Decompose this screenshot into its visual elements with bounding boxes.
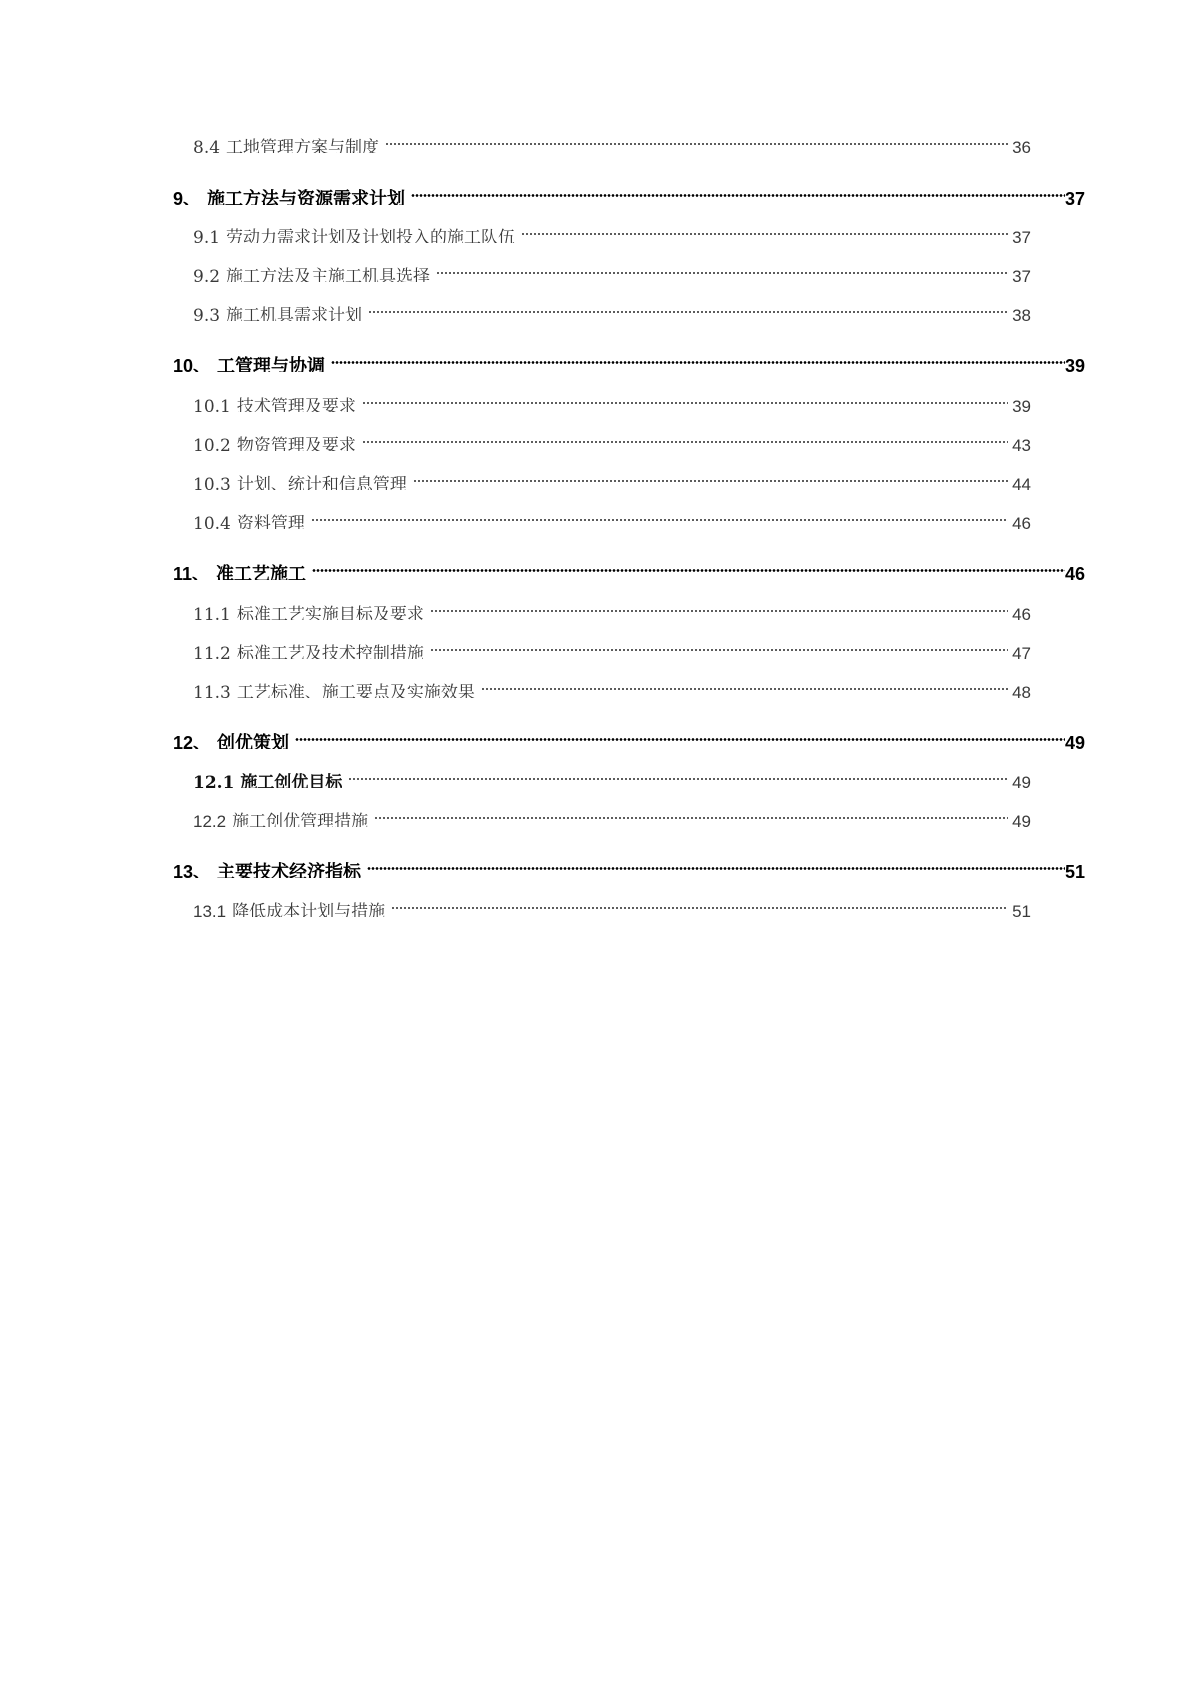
dot-leader	[311, 499, 1008, 529]
toc-heading-number: 10、	[173, 351, 211, 372]
toc-entry-page: 47	[1012, 639, 1031, 659]
dot-leader	[348, 758, 1008, 788]
dot-leader	[413, 460, 1008, 490]
toc-entry-page: 37	[1012, 223, 1031, 243]
toc-entry-10-1[interactable]: 10.1 技术管理及要求 39	[193, 382, 1031, 412]
document-page: 8.4 工地管理方案与制度 36 9、 施工方法与资源需求计划 37 9.1 劳…	[0, 0, 1200, 1693]
toc-entry-number: 10.2	[193, 431, 231, 451]
dot-leader	[391, 887, 1008, 917]
toc-entry-title: 施工机具需求计划	[226, 301, 362, 321]
toc-entry-10-3[interactable]: 10.3 计划、统计和信息管理 44	[193, 460, 1031, 490]
toc-entry-9-2[interactable]: 9.2 施工方法及主施工机具选择 37	[193, 252, 1031, 282]
toc-entry-page: 44	[1012, 470, 1031, 490]
toc-heading-title: 施工方法与资源需求计划	[207, 184, 405, 205]
toc-entry-9-3[interactable]: 9.3 施工机具需求计划 38	[193, 291, 1031, 321]
dot-leader	[430, 590, 1008, 620]
toc-heading-13[interactable]: 13、 主要技术经济指标 51	[173, 848, 1085, 878]
toc-heading-10[interactable]: 10、 工管理与协调 39	[173, 342, 1085, 372]
toc-entry-title: 工地管理方案与制度	[226, 133, 379, 153]
toc-heading-title: 准工艺施工	[216, 559, 306, 580]
toc-heading-number: 9、	[173, 184, 201, 205]
toc-entry-12-2[interactable]: 12.2 施工创优管理措施 49	[193, 797, 1031, 827]
toc-entry-number: 11.3	[193, 678, 231, 698]
toc-entry-number: 13.1	[193, 897, 226, 917]
toc-entry-title: 技术管理及要求	[237, 392, 356, 412]
toc-entry-title: 标准工艺实施目标及要求	[237, 600, 424, 620]
toc-heading-title: 创优策划	[217, 728, 289, 749]
toc-heading-page: 37	[1065, 184, 1085, 205]
toc-entry-11-2[interactable]: 11.2 标准工艺及技术控制措施 47	[193, 629, 1031, 659]
toc-entry-title: 资料管理	[237, 509, 305, 529]
toc-entry-page: 37	[1012, 262, 1031, 282]
toc-entry-number: 10.3	[193, 470, 231, 490]
toc-heading-title: 主要技术经济指标	[217, 857, 361, 878]
dot-leader	[385, 123, 1008, 153]
dot-leader	[374, 797, 1008, 827]
toc-entry-page: 51	[1012, 897, 1031, 917]
toc-heading-page: 46	[1065, 559, 1085, 580]
toc-entry-page: 38	[1012, 301, 1031, 321]
toc-entry-title: 标准工艺及技术控制措施	[237, 639, 424, 659]
dot-leader	[362, 421, 1008, 451]
toc-entry-number: 11.2	[193, 639, 231, 659]
toc-entry-title: 劳动力需求计划及计划投入的施工队伍	[226, 223, 515, 243]
toc-entry-12-1[interactable]: 12.1 施工创优目标 49	[193, 758, 1031, 788]
toc-heading-page: 51	[1065, 857, 1085, 878]
dot-leader	[367, 848, 1065, 878]
toc-heading-number: 11、	[173, 559, 210, 580]
toc-entry-number: 11.1	[193, 600, 231, 620]
dot-leader	[411, 175, 1065, 205]
toc-entry-title: 施工创优管理措施	[232, 807, 368, 827]
dot-leader	[521, 213, 1008, 243]
toc-heading-9[interactable]: 9、 施工方法与资源需求计划 37	[173, 175, 1085, 205]
dot-leader	[312, 550, 1065, 580]
toc-entry-number: 8.4	[193, 133, 220, 153]
dot-leader	[430, 629, 1008, 659]
toc-entry-11-1[interactable]: 11.1 标准工艺实施目标及要求 46	[193, 590, 1031, 620]
toc-entry-10-2[interactable]: 10.2 物资管理及要求 43	[193, 421, 1031, 451]
toc-entry-title: 计划、统计和信息管理	[237, 470, 407, 490]
toc-entry-page: 43	[1012, 431, 1031, 451]
dot-leader	[436, 252, 1008, 282]
toc-entry-13-1[interactable]: 13.1 降低成本计划与措施 51	[193, 887, 1031, 917]
toc-entry-page: 49	[1012, 768, 1031, 788]
dot-leader	[331, 342, 1065, 372]
toc-entry-11-3[interactable]: 11.3 工艺标准、施工要点及实施效果 48	[193, 668, 1031, 698]
toc-entry-page: 46	[1012, 509, 1031, 529]
dot-leader	[362, 382, 1008, 412]
toc-entry-number: 12.2	[193, 807, 226, 827]
toc-entry-title: 施工方法及主施工机具选择	[226, 262, 430, 282]
toc-heading-number: 13、	[173, 857, 211, 878]
dot-leader	[368, 291, 1008, 321]
toc-entry-title: 降低成本计划与措施	[232, 897, 385, 917]
toc-entry-number: 9.3	[193, 301, 220, 321]
toc-heading-12[interactable]: 12、 创优策划 49	[173, 719, 1085, 749]
dot-leader	[295, 719, 1065, 749]
toc-heading-number: 12、	[173, 728, 211, 749]
toc-entry-9-1[interactable]: 9.1 劳动力需求计划及计划投入的施工队伍 37	[193, 213, 1031, 243]
toc-entry-page: 48	[1012, 678, 1031, 698]
dot-leader	[481, 668, 1008, 698]
toc-entry-page: 36	[1012, 133, 1031, 153]
toc-entry-title: 工艺标准、施工要点及实施效果	[237, 678, 475, 698]
toc-entry-number: 9.1	[193, 223, 220, 243]
toc-entry-title: 物资管理及要求	[237, 431, 356, 451]
toc-entry-page: 39	[1012, 392, 1031, 412]
toc-entry-page: 46	[1012, 600, 1031, 620]
toc-entry-number: 10.1	[193, 392, 231, 412]
toc-heading-page: 49	[1065, 728, 1085, 749]
toc-heading-title: 工管理与协调	[217, 351, 325, 372]
toc-entry-number: 12.1	[193, 768, 234, 788]
toc-entry-10-4[interactable]: 10.4 资料管理 46	[193, 499, 1031, 529]
toc-entry-8-4[interactable]: 8.4 工地管理方案与制度 36	[193, 123, 1031, 153]
toc-heading-page: 39	[1065, 351, 1085, 372]
toc-heading-11[interactable]: 11、 准工艺施工 46	[173, 550, 1085, 580]
toc-entry-title: 施工创优目标	[240, 768, 342, 788]
toc-entry-page: 49	[1012, 807, 1031, 827]
toc-entry-number: 9.2	[193, 262, 220, 282]
toc-entry-number: 10.4	[193, 509, 231, 529]
